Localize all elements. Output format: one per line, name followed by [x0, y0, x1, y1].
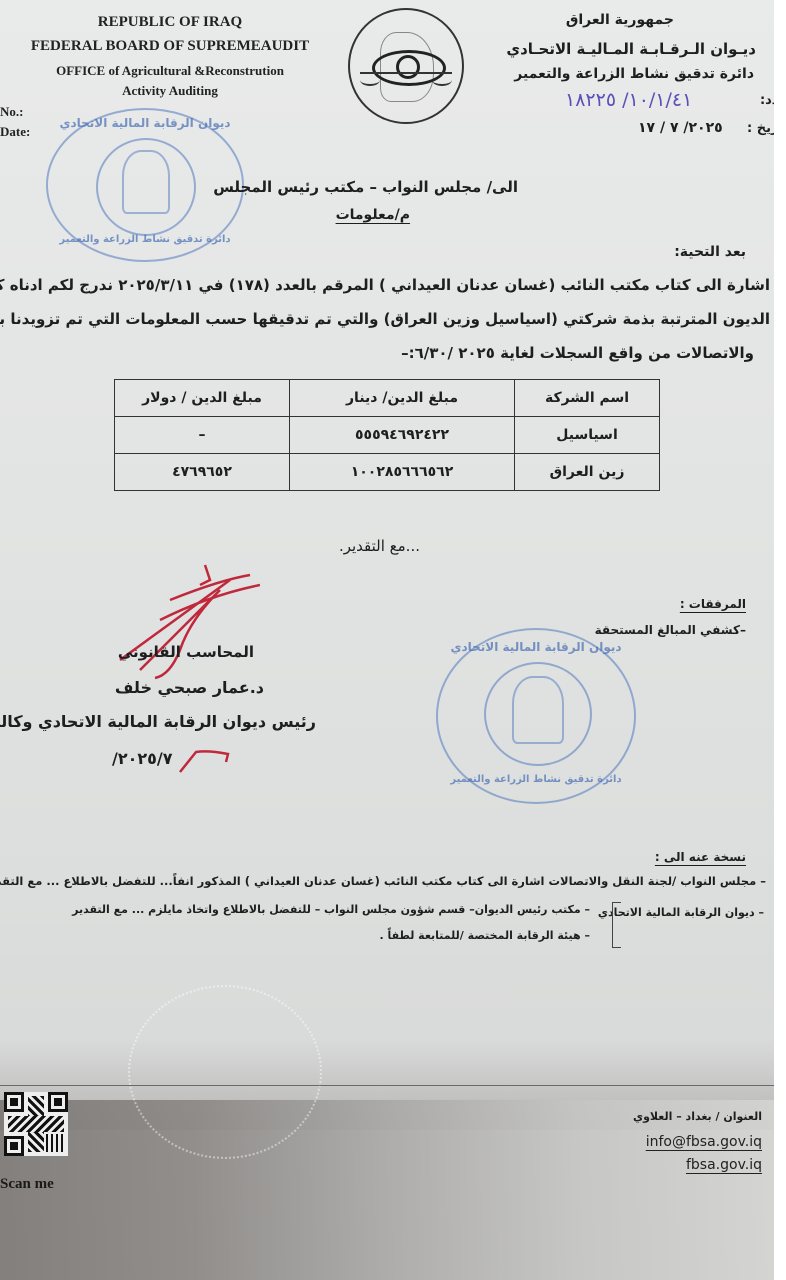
qr-caption: Scan me	[0, 1176, 54, 1193]
handwritten-signature	[110, 560, 260, 680]
copies-label: نسخة عنه الى :	[655, 850, 746, 864]
document-date: ٢٠٢٥/ ٧ / ١٧	[638, 120, 723, 136]
scale-pan-left-icon	[360, 74, 380, 86]
photo-shadow-bottom	[0, 1100, 774, 1280]
date-label-ar: التاريخ :	[747, 121, 774, 136]
copy-line-2-sub2: – هيئة الرقابة المختصة /للمتابعة لطفاً .	[379, 929, 590, 942]
qr-pattern	[8, 1116, 64, 1132]
header-debt-dollar: مبلغ الدين / دولار	[115, 380, 290, 417]
subject: م/معلومات	[336, 207, 410, 223]
copy-line-1: – مجلس النواب /لجنة النقل والاتصالات اشا…	[0, 874, 766, 888]
header-en-line2: FEDERAL BOARD OF SUPREMEAUDIT	[0, 38, 340, 55]
signatory-name: د.عمار صبحي خلف	[115, 678, 264, 697]
body-line-3: والاتصالات من واقع السجلات لغاية ٢٠٢٥ /٦…	[401, 344, 754, 362]
number-label-en: No.:	[0, 104, 23, 120]
copy-line-2-sub1: – مكتب رئيس الديوان– قسم شؤون مجلس النوا…	[72, 903, 590, 916]
eye-pupil-icon	[396, 55, 420, 79]
header-ar-line2: ديـوان الـرقـابـة المـاليـة الاتحـادي	[506, 40, 756, 58]
table-row: اسياسيل ٥٥٥٩٤٦٩٢٤٢٢ –	[115, 417, 660, 454]
closing: ...مع التقدير.	[339, 537, 420, 555]
stamp-top-text: ديوان الرقابة المالية الاتحادي	[48, 116, 242, 130]
document-page: REPUBLIC OF IRAQ FEDERAL BOARD OF SUPREM…	[0, 0, 774, 1280]
header-ar-line3: دائرة تدقيق نشاط الزراعة والتعمير	[514, 66, 754, 82]
stamp-bottom-text: دائرة تدقيق نشاط الزراعة والتعمير	[48, 234, 242, 245]
reference-number: ١٠/١/٤١/ ١٨٢٢٥	[565, 89, 692, 111]
iraq-eagle-emblem-icon	[122, 150, 170, 214]
official-stamp-bottom: ديوان الرقابة المالية الاتحادي دائرة تدق…	[436, 628, 636, 804]
copy-bracket	[612, 902, 621, 948]
table-row: زين العراق ١٠٠٢٨٥٦٦٦٥٦٢ ٤٧٦٩٦٥٢	[115, 454, 660, 491]
header-en-line1: REPUBLIC OF IRAQ	[0, 14, 340, 31]
attachments-label: المرفقات :	[680, 597, 746, 611]
scale-pan-right-icon	[432, 74, 452, 86]
qr-code[interactable]	[4, 1092, 68, 1156]
cell-debt-dinar: ١٠٠٢٨٥٦٦٦٥٦٢	[290, 454, 515, 491]
header-company: اسم الشركة	[515, 380, 660, 417]
qr-finder-icon	[4, 1092, 24, 1112]
iraq-eagle-emblem-icon	[512, 676, 564, 744]
cell-debt-dinar: ٥٥٥٩٤٦٩٢٤٢٢	[290, 417, 515, 454]
body-line-2: الديون المترتبة بذمة شركتي (اسياسيل وزين…	[0, 310, 770, 328]
qr-finder-icon	[48, 1092, 68, 1112]
stamp-bottom-text: دائرة تدقيق نشاط الزراعة والتعمير	[438, 774, 634, 785]
cell-company: زين العراق	[515, 454, 660, 491]
stamp-top-text: ديوان الرقابة المالية الاتحادي	[438, 640, 634, 654]
body-line-1: اشارة الى كتاب مكتب النائب (غسان عدنان ا…	[0, 276, 770, 294]
embossed-seal-watermark	[128, 985, 322, 1159]
qr-pattern	[46, 1134, 64, 1152]
header-debt-dinar: مبلغ الدين/ دينار	[290, 380, 515, 417]
signatory-position: رئيس ديوان الرقابة المالية الاتحادي وكال…	[0, 712, 316, 731]
footer-divider	[0, 1085, 774, 1086]
cell-company: اسياسيل	[515, 417, 660, 454]
qr-finder-icon	[4, 1136, 24, 1156]
cell-debt-dollar: –	[115, 417, 290, 454]
date-label-en: Date:	[0, 124, 30, 140]
attachments-item: –كشفي المبالغ المستحقة	[595, 623, 746, 637]
cell-debt-dollar: ٤٧٦٩٦٥٢	[115, 454, 290, 491]
signatory-title: المحاسب القانوني	[118, 643, 254, 661]
handwritten-date-day	[178, 746, 234, 776]
signature-date: ٢٠٢٥/٧/	[112, 749, 173, 768]
copy-line-2-group: – ديوان الرقابة المالية الاتحادي	[598, 906, 764, 919]
table-header-row: اسم الشركة مبلغ الدين/ دينار مبلغ الدين …	[115, 380, 660, 417]
header-en-line3: OFFICE of Agricultural &Reconstrution	[0, 63, 340, 79]
header-ar-line1: جمهورية العراق	[566, 12, 674, 28]
audit-board-logo	[348, 8, 464, 124]
footer-website-link[interactable]: fbsa.gov.iq	[686, 1157, 762, 1173]
footer-address: العنوان / بغداد – العلاوي	[633, 1110, 762, 1123]
footer-email-link[interactable]: info@fbsa.gov.iq	[646, 1134, 762, 1150]
addressee: الى/ مجلس النواب – مكتب رئيس المجلس	[213, 178, 518, 196]
number-label-ar: العدد:	[760, 93, 774, 108]
greeting: بعد التحية:	[674, 244, 746, 260]
header-en-line4: Activity Auditing	[0, 83, 340, 99]
debt-table: اسم الشركة مبلغ الدين/ دينار مبلغ الدين …	[114, 379, 660, 491]
